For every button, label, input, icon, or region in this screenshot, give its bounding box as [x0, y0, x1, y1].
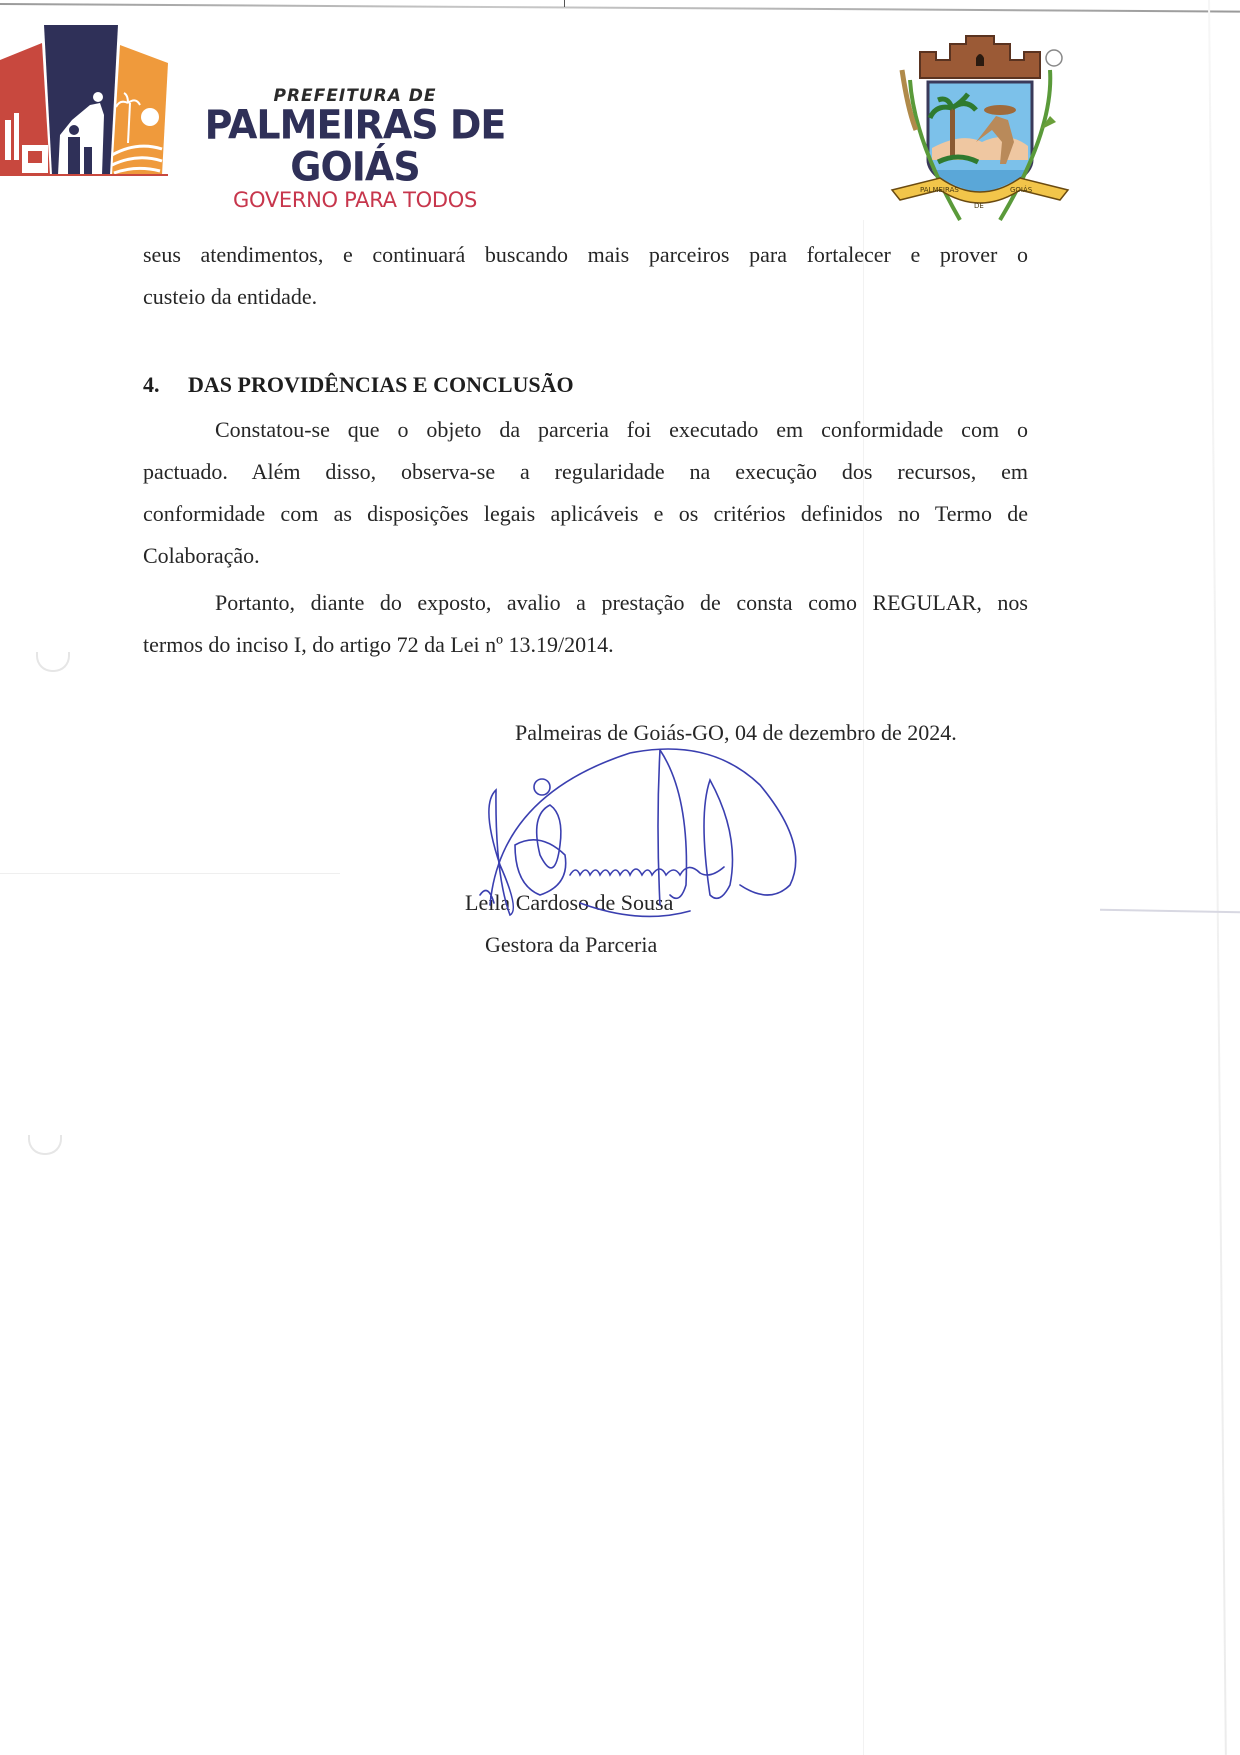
section-title: DAS PROVIDÊNCIAS E CONCLUSÃO — [188, 372, 574, 397]
fold-line — [1100, 909, 1240, 913]
paragraph-line: Colaboração. — [143, 545, 1028, 567]
place-date: Palmeiras de Goiás-GO, 04 de dezembro de… — [515, 720, 957, 746]
municipality-brand: PREFEITURA DE PALMEIRAS DE GOIÁS GOVERNO… — [170, 86, 540, 212]
paragraph-line: conformidade com as disposições legais a… — [143, 503, 1028, 525]
paragraph-line: pactuado. Além disso, observa-se a regul… — [143, 461, 1028, 483]
signatory-role: Gestora da Parceria — [485, 932, 657, 958]
punch-hole — [28, 1135, 62, 1155]
ribbon-text: PALMEIRAS — [920, 186, 959, 194]
scan-mark — [564, 0, 565, 7]
svg-text:GOIÁS: GOIÁS — [1010, 185, 1033, 194]
document-page: PREFEITURA DE PALMEIRAS DE GOIÁS GOVERNO… — [0, 0, 1240, 1755]
municipality-name: PALMEIRAS DE GOIÁS — [170, 104, 540, 188]
fold-line — [863, 220, 864, 1755]
scan-edge — [1208, 0, 1227, 1755]
government-slogan: GOVERNO PARA TODOS — [170, 188, 540, 212]
svg-text:DE: DE — [974, 202, 984, 210]
paragraph-line: Portanto, diante do exposto, avalio a pr… — [143, 592, 1028, 614]
continuation-line: seus atendimentos, e continuará buscando… — [143, 244, 1028, 266]
paragraph-line: termos do inciso I, do artigo 72 da Lei … — [143, 634, 1028, 656]
signatory-name: Leila Cardoso de Sousa — [465, 890, 673, 916]
section-heading: 4.DAS PROVIDÊNCIAS E CONCLUSÃO — [143, 374, 1028, 396]
section-number: 4. — [143, 374, 188, 396]
continuation-line: custeio da entidade. — [143, 286, 1028, 308]
scan-edge — [0, 3, 1240, 13]
prefeitura-logo-icon — [0, 25, 170, 183]
punch-hole — [36, 652, 70, 672]
paragraph-line: Constatou-se que o objeto da parceria fo… — [143, 419, 1028, 441]
coat-of-arms-icon: PALMEIRAS DE GOIÁS — [880, 30, 1080, 230]
fold-line — [0, 873, 340, 874]
